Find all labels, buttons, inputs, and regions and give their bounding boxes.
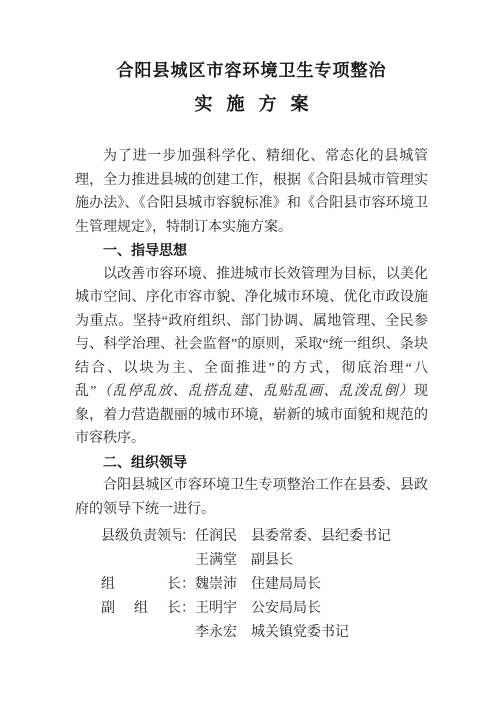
- roster-title: 副县长: [251, 549, 428, 573]
- roster-name: 王满堂: [195, 549, 251, 573]
- roster-title: 县委常委、县纪委书记: [251, 525, 428, 549]
- section-1-body: 以改善市容环境、推进城市长效管理为目标，以美化城市空间、序化市容市貌、净化城市环…: [75, 263, 428, 451]
- intro-paragraph: 为了进一步加强科学化、精细化、常态化的县城管理，全力推进县城的创建工作，根据《合…: [75, 145, 428, 239]
- roster-name: 王明宇: [195, 597, 251, 621]
- roster-name: 任润民: [195, 525, 251, 549]
- roster-label: 组长: [101, 573, 181, 597]
- roster-label: [101, 621, 181, 645]
- roster-colon: ：: [181, 597, 195, 621]
- roster-colon: ：: [181, 573, 195, 597]
- leadership-roster: 县级负责领导 ： 任润民 县委常委、县纪委书记 王满堂 副县长 组长 ： 魏崇沛…: [75, 525, 428, 645]
- roster-name: 李永宏: [195, 621, 251, 645]
- section-1-text-normal-a: 以改善市容环境、推进城市长效管理为目标，以美化城市空间、序化市容市貌、净化城市环…: [75, 267, 428, 400]
- section-1-heading: 一、指导思想: [75, 239, 428, 263]
- section-2-heading: 二、组织领导: [75, 451, 428, 475]
- section-2-body: 合阳县城区市容环境卫生专项整治工作在县委、县政府的领导下统一进行。: [75, 474, 428, 521]
- roster-row: 组长 ： 魏崇沛 住建局局长: [75, 573, 428, 597]
- roster-title: 城关镇党委书记: [251, 621, 428, 645]
- document-body: 为了进一步加强科学化、精细化、常态化的县城管理，全力推进县城的创建工作，根据《合…: [75, 145, 428, 645]
- doc-title-line-1: 合阳县城区市容环境卫生专项整治: [75, 58, 428, 84]
- roster-title: 住建局局长: [251, 573, 428, 597]
- roster-name: 魏崇沛: [195, 573, 251, 597]
- roster-title: 公安局局长: [251, 597, 428, 621]
- roster-row: 王满堂 副县长: [75, 549, 428, 573]
- roster-colon: ：: [181, 525, 195, 549]
- roster-row: 李永宏 城关镇党委书记: [75, 621, 428, 645]
- document-content: 合阳县城区市容环境卫生专项整治 实施方案 为了进一步加强科学化、精细化、常态化的…: [0, 0, 500, 645]
- roster-label: 副组长: [101, 597, 181, 621]
- roster-label: 县级负责领导: [101, 525, 181, 549]
- roster-row: 副组长 ： 王明宇 公安局局长: [75, 597, 428, 621]
- roster-label: [101, 549, 181, 573]
- roster-colon: [181, 549, 195, 573]
- roster-colon: [181, 621, 195, 645]
- document-page: 合阳县城区市容环境卫生专项整治 实施方案 为了进一步加强科学化、精细化、常态化的…: [0, 0, 500, 708]
- roster-row: 县级负责领导 ： 任润民 县委常委、县纪委书记: [75, 525, 428, 549]
- doc-title-line-2: 实施方案: [75, 91, 428, 117]
- bracketed-note: （乱停乱放、乱搭乱建、乱贴乱画、乱泼乱倒）: [96, 384, 414, 399]
